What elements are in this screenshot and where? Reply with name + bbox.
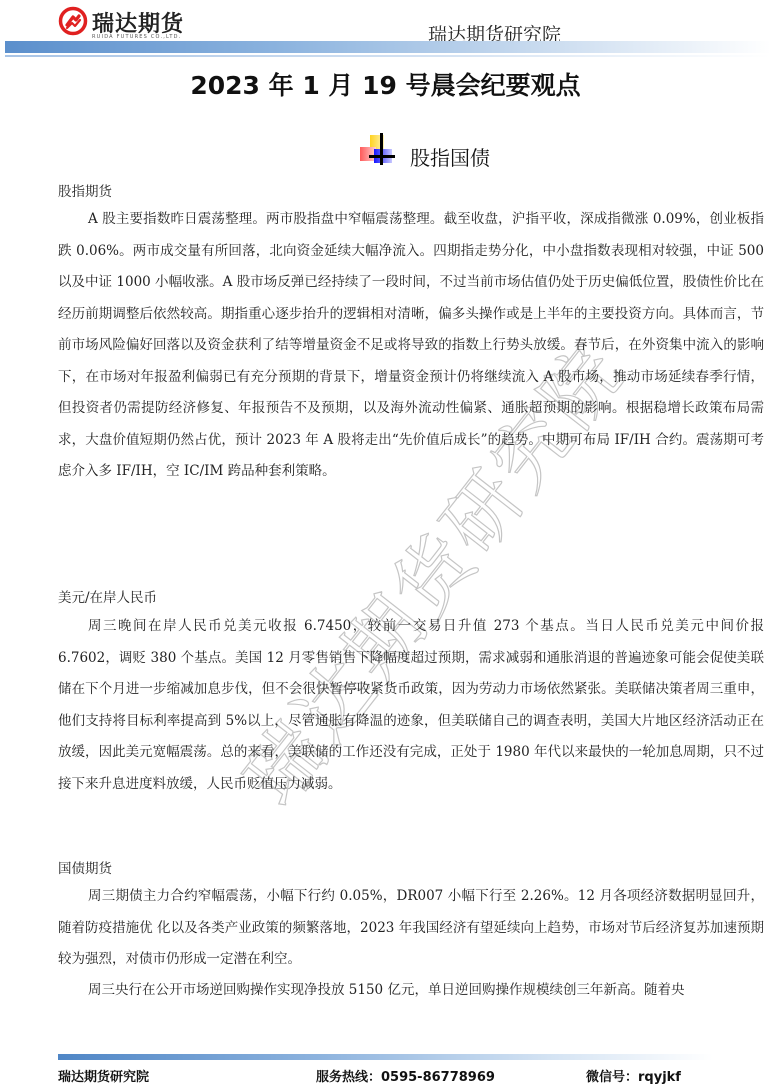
footer-hotline: 服务热线：0595-86778969 — [316, 1066, 495, 1085]
subsection-heading-usd-cny: 美元/在岸人民币 — [58, 586, 157, 606]
footer-divider-bar — [58, 1054, 713, 1060]
paragraph-treasury-futures-1: 周三期债主力合约窄幅震荡，小幅下行约 0.05%，DR007 小幅下行至 2.2… — [58, 881, 764, 976]
ruida-logo-icon — [58, 6, 88, 36]
page-footer: 瑞达期货研究院 服务热线：0595-86778969 微信号：rqyjkf — [58, 1066, 758, 1086]
paragraph-usd-cny: 周三晚间在岸人民币兑美元收报 6.7450，较前一交易日升值 273 个基点。当… — [58, 611, 764, 800]
subsection-heading-treasury-futures: 国债期货 — [58, 857, 112, 877]
subsection-heading-stock-index-futures: 股指期货 — [58, 180, 112, 200]
footer-wechat: 微信号：rqyjkf — [586, 1066, 681, 1085]
bullet-cross-icon — [360, 133, 400, 169]
logo-text-en: RUIDA FUTURES CO.,LTD. — [92, 34, 181, 40]
paragraph-stock-index-futures: A 股主要指数昨日震荡整理。两市股指盘中窄幅震荡整理。截至收盘，沪指平收，深成指… — [58, 204, 764, 488]
company-logo: 瑞达期货 RUIDA FUTURES CO.,LTD. — [58, 6, 208, 42]
header-divider-line — [5, 55, 771, 57]
document-title: 2023 年 1 月 19 号晨会纪要观点 — [0, 66, 771, 102]
paragraph-treasury-futures-2: 周三央行在公开市场逆回购操作实现净投放 5150 亿元，单日逆回购操作规模续创三… — [58, 975, 764, 1007]
header-divider-bar — [5, 41, 771, 53]
section-heading-text: 股指国债 — [410, 142, 490, 171]
footer-org-name: 瑞达期货研究院 — [58, 1066, 149, 1085]
page-header: 瑞达期货 RUIDA FUTURES CO.,LTD. 瑞达期货研究院 — [0, 0, 771, 60]
